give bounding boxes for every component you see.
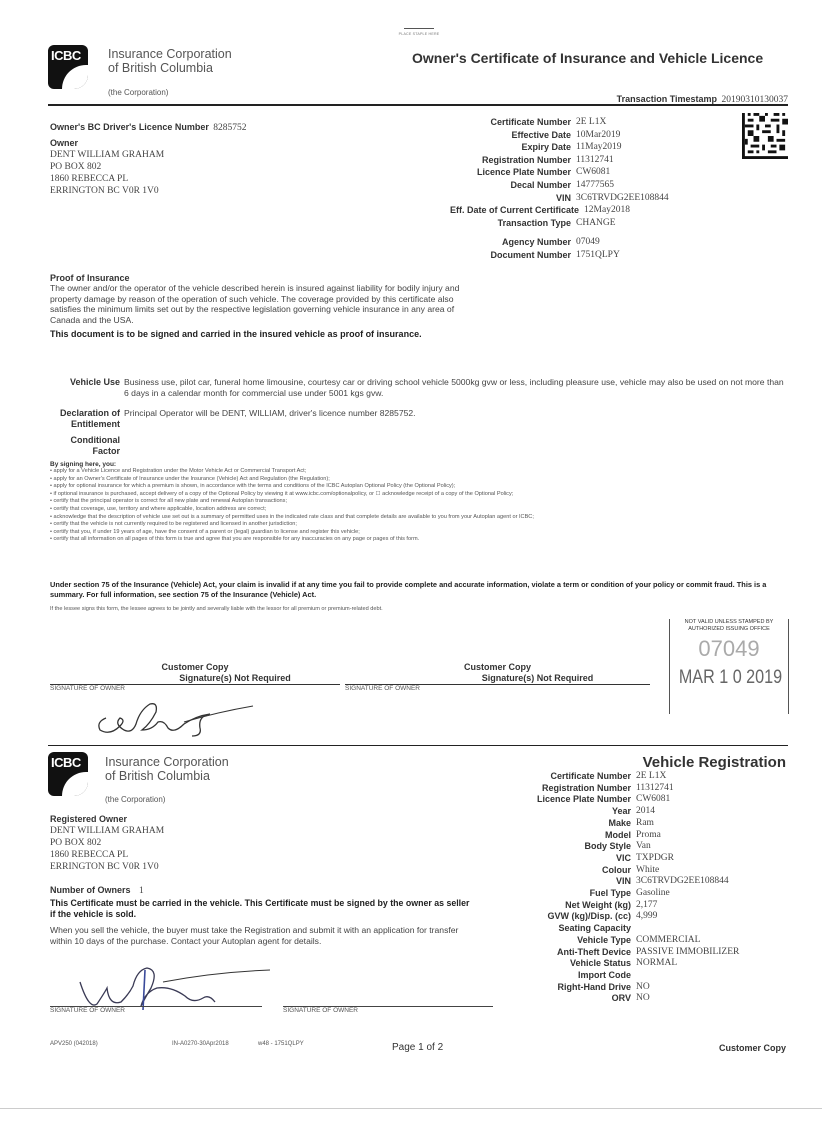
- declaration-label: Declaration ofEntitlement: [50, 408, 124, 430]
- stamp-date: MAR 1 0 2019: [679, 667, 779, 689]
- signing-item: • apply for a Vehicle Licence and Regist…: [50, 468, 795, 476]
- signing-item: • certify that you, if under 19 years of…: [50, 529, 795, 537]
- stamp-agency: 07049: [670, 637, 788, 661]
- vehicle-use-value: Business use, pilot car, funeral home li…: [124, 377, 790, 398]
- registration-field: VIN3C6TRVDG2EE108844: [448, 876, 782, 888]
- signing-item: • certify that coverage, use, territory …: [50, 506, 795, 514]
- footer-ref-code: IN-A0270-30Apr2018: [172, 1041, 229, 1047]
- registration-field: Vehicle StatusNORMAL: [448, 958, 782, 970]
- icbc-logo: ICBC: [48, 45, 88, 89]
- registration-field: ORVNO: [448, 993, 782, 1005]
- signing-item: • apply for an Owner's Certificate of In…: [50, 476, 795, 484]
- signing-item: • certify that the principal operator is…: [50, 498, 795, 506]
- field-value: Proma: [636, 830, 782, 842]
- field-value: 11312741: [636, 783, 782, 795]
- field-label: Import Code: [578, 970, 631, 982]
- barcode-2d-icon: [742, 112, 788, 160]
- registration-notice: This Certificate must be carried in the …: [50, 898, 470, 919]
- field-value: 3C6TRVDG2EE108844: [636, 876, 782, 888]
- signing-item: • if optional insurance is purchased, ac…: [50, 491, 795, 499]
- registration-field: Licence Plate NumberCW6081: [448, 794, 782, 806]
- field-label: Body Style: [584, 841, 631, 853]
- signature-caption: SIGNATURE OF OWNER: [50, 1007, 262, 1014]
- proof-of-insurance: Proof of Insurance The owner and/or the …: [50, 273, 475, 340]
- section75-notice: Under section 75 of the Insurance (Vehic…: [50, 580, 795, 599]
- certificate-fields: Certificate Number2E L1X Effective Date1…: [450, 116, 694, 262]
- registration-field: Right-Hand DriveNO: [448, 982, 782, 994]
- field-eff-date-current: Eff. Date of Current Certificate12May201…: [450, 204, 694, 217]
- field-label: VIN: [616, 876, 631, 888]
- registration-field: ColourWhite: [448, 865, 782, 877]
- field-value: PASSIVE IMMOBILIZER: [636, 947, 782, 959]
- customer-copy-label: Customer Copy: [345, 662, 650, 673]
- field-agency-number: Agency Number07049: [450, 236, 694, 249]
- registration-field: Registration Number11312741: [448, 783, 782, 795]
- signing-item: • certify that all information on all pa…: [50, 536, 795, 544]
- stamp-line1: NOT VALID UNLESS STAMPED BY: [670, 619, 788, 626]
- field-decal-number: Decal Number14777565: [450, 179, 694, 192]
- footer-doc-ref: w48 - 1751QLPY: [258, 1041, 304, 1047]
- registration-field: Anti-Theft DevicePASSIVE IMMOBILIZER: [448, 947, 782, 959]
- proof-heading: Proof of Insurance: [50, 273, 475, 283]
- field-label: Colour: [602, 865, 631, 877]
- signature-caption: SIGNATURE OF OWNER: [50, 685, 340, 692]
- conditional-factor-label: ConditionalFactor: [50, 435, 120, 457]
- registration-field: VICTXPDGR: [448, 853, 782, 865]
- field-label: GVW (kg)/Disp. (cc): [547, 911, 631, 923]
- field-value: Van: [636, 841, 782, 853]
- field-value: NORMAL: [636, 958, 782, 970]
- header-divider: [48, 104, 788, 106]
- reg-signature-right: SIGNATURE OF OWNER: [283, 1006, 493, 1014]
- address-line: DENT WILLIAM GRAHAM: [50, 825, 164, 837]
- corp-sub: (the Corporation): [108, 88, 168, 97]
- registration-field: Vehicle TypeCOMMERCIAL: [448, 935, 782, 947]
- field-expiry-date: Expiry Date11May2019: [450, 141, 694, 154]
- document-title: Owner's Certificate of Insurance and Veh…: [412, 50, 763, 66]
- licence-value: 8285752: [213, 123, 246, 133]
- stamp-line2: AUTHORIZED ISSUING OFFICE: [670, 626, 788, 633]
- section-divider: [48, 745, 788, 746]
- address-line: PO BOX 802: [50, 837, 164, 849]
- signing-item: • certify that the vehicle is not curren…: [50, 521, 795, 529]
- field-document-number: Document Number1751QLPY: [450, 249, 694, 262]
- signing-list: • apply for a Vehicle Licence and Regist…: [50, 468, 795, 544]
- address-line: ERRINGTON BC V0R 1V0: [50, 861, 164, 873]
- registration-field: Fuel TypeGasoline: [448, 888, 782, 900]
- field-label: Right-Hand Drive: [557, 982, 631, 994]
- field-value: TXPDGR: [636, 853, 782, 865]
- licence-label: Owner's BC Driver's Licence Number: [50, 122, 209, 132]
- field-label: Model: [605, 830, 631, 842]
- proof-body: The owner and/or the operator of the veh…: [50, 283, 475, 325]
- field-value: COMMERCIAL: [636, 935, 782, 947]
- field-label: Certificate Number: [550, 771, 631, 783]
- registered-owner-address: DENT WILLIAM GRAHAM PO BOX 802 1860 REBE…: [50, 825, 164, 873]
- field-registration-number: Registration Number11312741: [450, 154, 694, 167]
- address-line: 1860 REBECCA PL: [50, 849, 164, 861]
- signature-caption: SIGNATURE OF OWNER: [345, 685, 650, 692]
- field-label: Anti-Theft Device: [557, 947, 631, 959]
- field-label: Registration Number: [542, 783, 631, 795]
- registration-field: GVW (kg)/Disp. (cc)4,999: [448, 911, 782, 923]
- field-label: Licence Plate Number: [537, 794, 631, 806]
- vehicle-use-row: Vehicle Use Business use, pilot car, fun…: [50, 377, 790, 398]
- sell-instructions: When you sell the vehicle, the buyer mus…: [50, 925, 480, 946]
- field-label: Seating Capacity: [558, 923, 631, 935]
- customer-copy-label: Customer Copy: [50, 662, 340, 673]
- field-certificate-number: Certificate Number2E L1X: [450, 116, 694, 129]
- registration-field: Net Weight (kg)2,177: [448, 900, 782, 912]
- address-line: PO BOX 802: [50, 161, 164, 173]
- signing-item: • acknowledge that the description of ve…: [50, 514, 795, 522]
- field-label: Year: [612, 806, 631, 818]
- registration-field: Seating Capacity: [448, 923, 782, 935]
- field-value: NO: [636, 993, 782, 1005]
- signature-mark-registration: [75, 962, 275, 1012]
- field-value: 2E L1X: [636, 771, 782, 783]
- field-label: Vehicle Type: [577, 935, 631, 947]
- field-label: VIC: [616, 853, 631, 865]
- declaration-row: Declaration ofEntitlement Principal Oper…: [50, 408, 790, 430]
- field-label: Make: [608, 818, 631, 830]
- proof-notice: This document is to be signed and carrie…: [50, 329, 475, 340]
- vehicle-use-label: Vehicle Use: [50, 377, 124, 398]
- address-line: DENT WILLIAM GRAHAM: [50, 149, 164, 161]
- signing-heading: By signing here, you:: [50, 461, 795, 468]
- registration-field: MakeRam: [448, 818, 782, 830]
- not-required-label: Signature(s) Not Required: [345, 673, 650, 684]
- staple-marker: PLACE STAPLE HERE: [398, 28, 440, 36]
- registration-field: ModelProma: [448, 830, 782, 842]
- footer-form-code: APV250 (042018): [50, 1041, 98, 1047]
- registration-field: Year2014: [448, 806, 782, 818]
- footer-customer-copy: Customer Copy: [719, 1043, 786, 1053]
- field-label: Vehicle Status: [570, 958, 631, 970]
- address-line: 1860 REBECCA PL: [50, 173, 164, 185]
- signing-terms: By signing here, you: • apply for a Vehi…: [50, 461, 795, 544]
- field-value: Ram: [636, 818, 782, 830]
- field-value: 4,999: [636, 911, 782, 923]
- field-value: NO: [636, 982, 782, 994]
- field-label: Fuel Type: [590, 888, 631, 900]
- corp-sub-registration: (the Corporation): [105, 795, 165, 804]
- registration-field: Body StyleVan: [448, 841, 782, 853]
- not-required-label: Signature(s) Not Required: [50, 673, 340, 684]
- page-bottom-edge: [0, 1108, 822, 1109]
- declaration-value: Principal Operator will be DENT, WILLIAM…: [124, 408, 790, 430]
- field-label: Net Weight (kg): [565, 900, 631, 912]
- registration-fields: Certificate Number2E L1XRegistration Num…: [448, 771, 782, 1005]
- field-label: ORV: [612, 993, 631, 1005]
- signature-mark: [88, 700, 258, 740]
- authorization-stamp: NOT VALID UNLESS STAMPED BY AUTHORIZED I…: [669, 619, 789, 714]
- reg-signature-left: SIGNATURE OF OWNER: [50, 1006, 262, 1014]
- owner-licence: Owner's BC Driver's Licence Number 82857…: [50, 117, 247, 135]
- registration-title: Vehicle Registration: [643, 754, 786, 771]
- field-value: 2014: [636, 806, 782, 818]
- address-line: ERRINGTON BC V0R 1V0: [50, 185, 164, 197]
- owner-label: Owner: [50, 138, 78, 148]
- signing-item: • apply for optional insurance for which…: [50, 483, 795, 491]
- corp-line2: of British Columbia: [108, 61, 232, 75]
- field-value: [636, 970, 782, 982]
- logo-text: ICBC: [51, 48, 81, 63]
- lessee-notice: If the lessee signs this form, the lesse…: [50, 606, 383, 614]
- field-value: Gasoline: [636, 888, 782, 900]
- owner-address: DENT WILLIAM GRAHAM PO BOX 802 1860 REBE…: [50, 149, 164, 197]
- registration-field: Import Code: [448, 970, 782, 982]
- registered-owner-label: Registered Owner: [50, 814, 127, 824]
- field-licence-plate: Licence Plate NumberCW6081: [450, 166, 694, 179]
- signature-block-right: Customer Copy Signature(s) Not Required …: [345, 662, 650, 692]
- field-value: CW6081: [636, 794, 782, 806]
- field-effective-date: Effective Date10Mar2019: [450, 129, 694, 142]
- field-vin: VIN3C6TRVDG2EE108844: [450, 192, 694, 205]
- signature-block-left: Customer Copy Signature(s) Not Required …: [50, 662, 340, 692]
- signature-caption: SIGNATURE OF OWNER: [283, 1007, 493, 1014]
- corp-name-registration: Insurance Corporation of British Columbi…: [105, 755, 229, 783]
- timestamp-label: Transaction Timestamp: [617, 94, 717, 104]
- registration-field: Certificate Number2E L1X: [448, 771, 782, 783]
- field-transaction-type: Transaction TypeCHANGE: [450, 217, 694, 230]
- icbc-logo-registration: ICBC: [48, 752, 88, 796]
- page-number: Page 1 of 2: [392, 1042, 443, 1053]
- staple-text: PLACE STAPLE HERE: [398, 32, 440, 36]
- number-of-owners: Number of Owners 1: [50, 880, 144, 898]
- field-value: 2,177: [636, 900, 782, 912]
- corp-line1: Insurance Corporation: [108, 47, 232, 61]
- field-value: [636, 923, 782, 935]
- field-value: White: [636, 865, 782, 877]
- corp-name: Insurance Corporation of British Columbi…: [108, 47, 232, 75]
